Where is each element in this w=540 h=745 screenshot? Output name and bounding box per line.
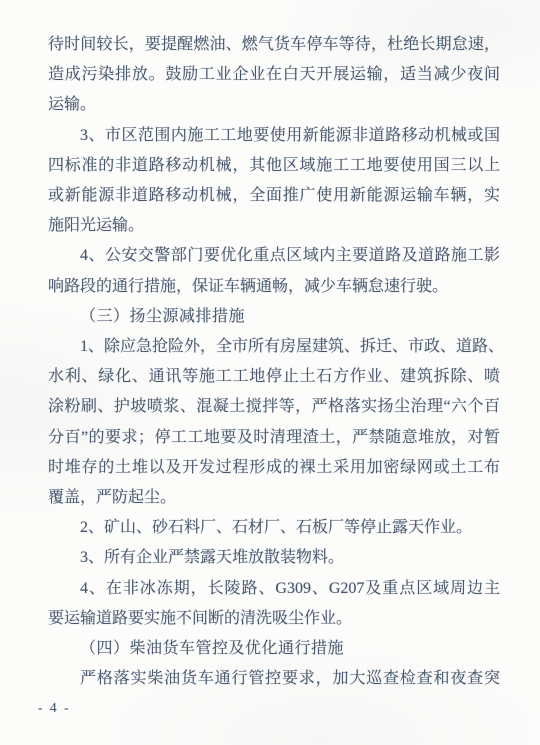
- text-line: 涂粉刷、护坡喷浆、混凝土搅拌等，严格落实扬尘治理“六个百: [48, 392, 500, 422]
- text-line: 水利、绿化、通讯等施工工地停止土石方作业、建筑拆除、喷: [48, 362, 500, 392]
- text-line: 2、矿山、砂石料厂、石材厂、石板厂等停止露天作业。: [48, 513, 500, 543]
- text-line: 4、公安交警部门要优化重点区域内主要道路及道路施工影: [48, 241, 500, 271]
- text-line: 施阳光运输。: [48, 211, 500, 241]
- text-line: 或新能源非道路移动机械，全面推广使用新能源运输车辆，实: [48, 181, 500, 211]
- text-line: 分百”的要求；停工工地要及时清理渣土，严禁随意堆放，对暂: [48, 423, 500, 453]
- text-line: 要运输道路要实施不间断的清洗吸尘作业。: [48, 604, 500, 634]
- text-line: 造成污染排放。鼓励工业企业在白天开展运输，适当减少夜间: [48, 60, 500, 90]
- page-number: - 4 -: [38, 700, 71, 716]
- text-line: （三）扬尘源减排措施: [48, 302, 500, 332]
- text-line: 4、在非冰冻期，长陵路、G309、G207及重点区域周边主: [48, 574, 500, 604]
- text-line: 时堆存的土堆以及开发过程形成的裸土采用加密绿网或土工布: [48, 453, 500, 483]
- text-line: 严格落实柴油货车通行管控要求，加大巡查检查和夜查突: [48, 664, 500, 694]
- text-line: 3、市区范围内施工工地要使用新能源非道路移动机械或国: [48, 121, 500, 151]
- document-body: 待时间较长，要提醒燃油、燃气货车停车等待，杜绝长期怠速，造成污染排放。鼓励工业企…: [48, 30, 500, 694]
- text-line: 响路段的通行措施，保证车辆通畅，减少车辆怠速行驶。: [48, 272, 500, 302]
- text-line: 1、除应急抢险外，全市所有房屋建筑、拆迁、市政、道路、: [48, 332, 500, 362]
- text-line: 3、所有企业严禁露天堆放散装物料。: [48, 543, 500, 573]
- text-line: 待时间较长，要提醒燃油、燃气货车停车等待，杜绝长期怠速，: [48, 30, 500, 60]
- text-line: 覆盖，严防起尘。: [48, 483, 500, 513]
- document-page: 待时间较长，要提醒燃油、燃气货车停车等待，杜绝长期怠速，造成污染排放。鼓励工业企…: [0, 0, 540, 745]
- text-line: （四）柴油货车管控及优化通行措施: [48, 634, 500, 664]
- text-line: 四标准的非道路移动机械，其他区域施工工地要使用国三以上: [48, 151, 500, 181]
- text-line: 运输。: [48, 90, 500, 120]
